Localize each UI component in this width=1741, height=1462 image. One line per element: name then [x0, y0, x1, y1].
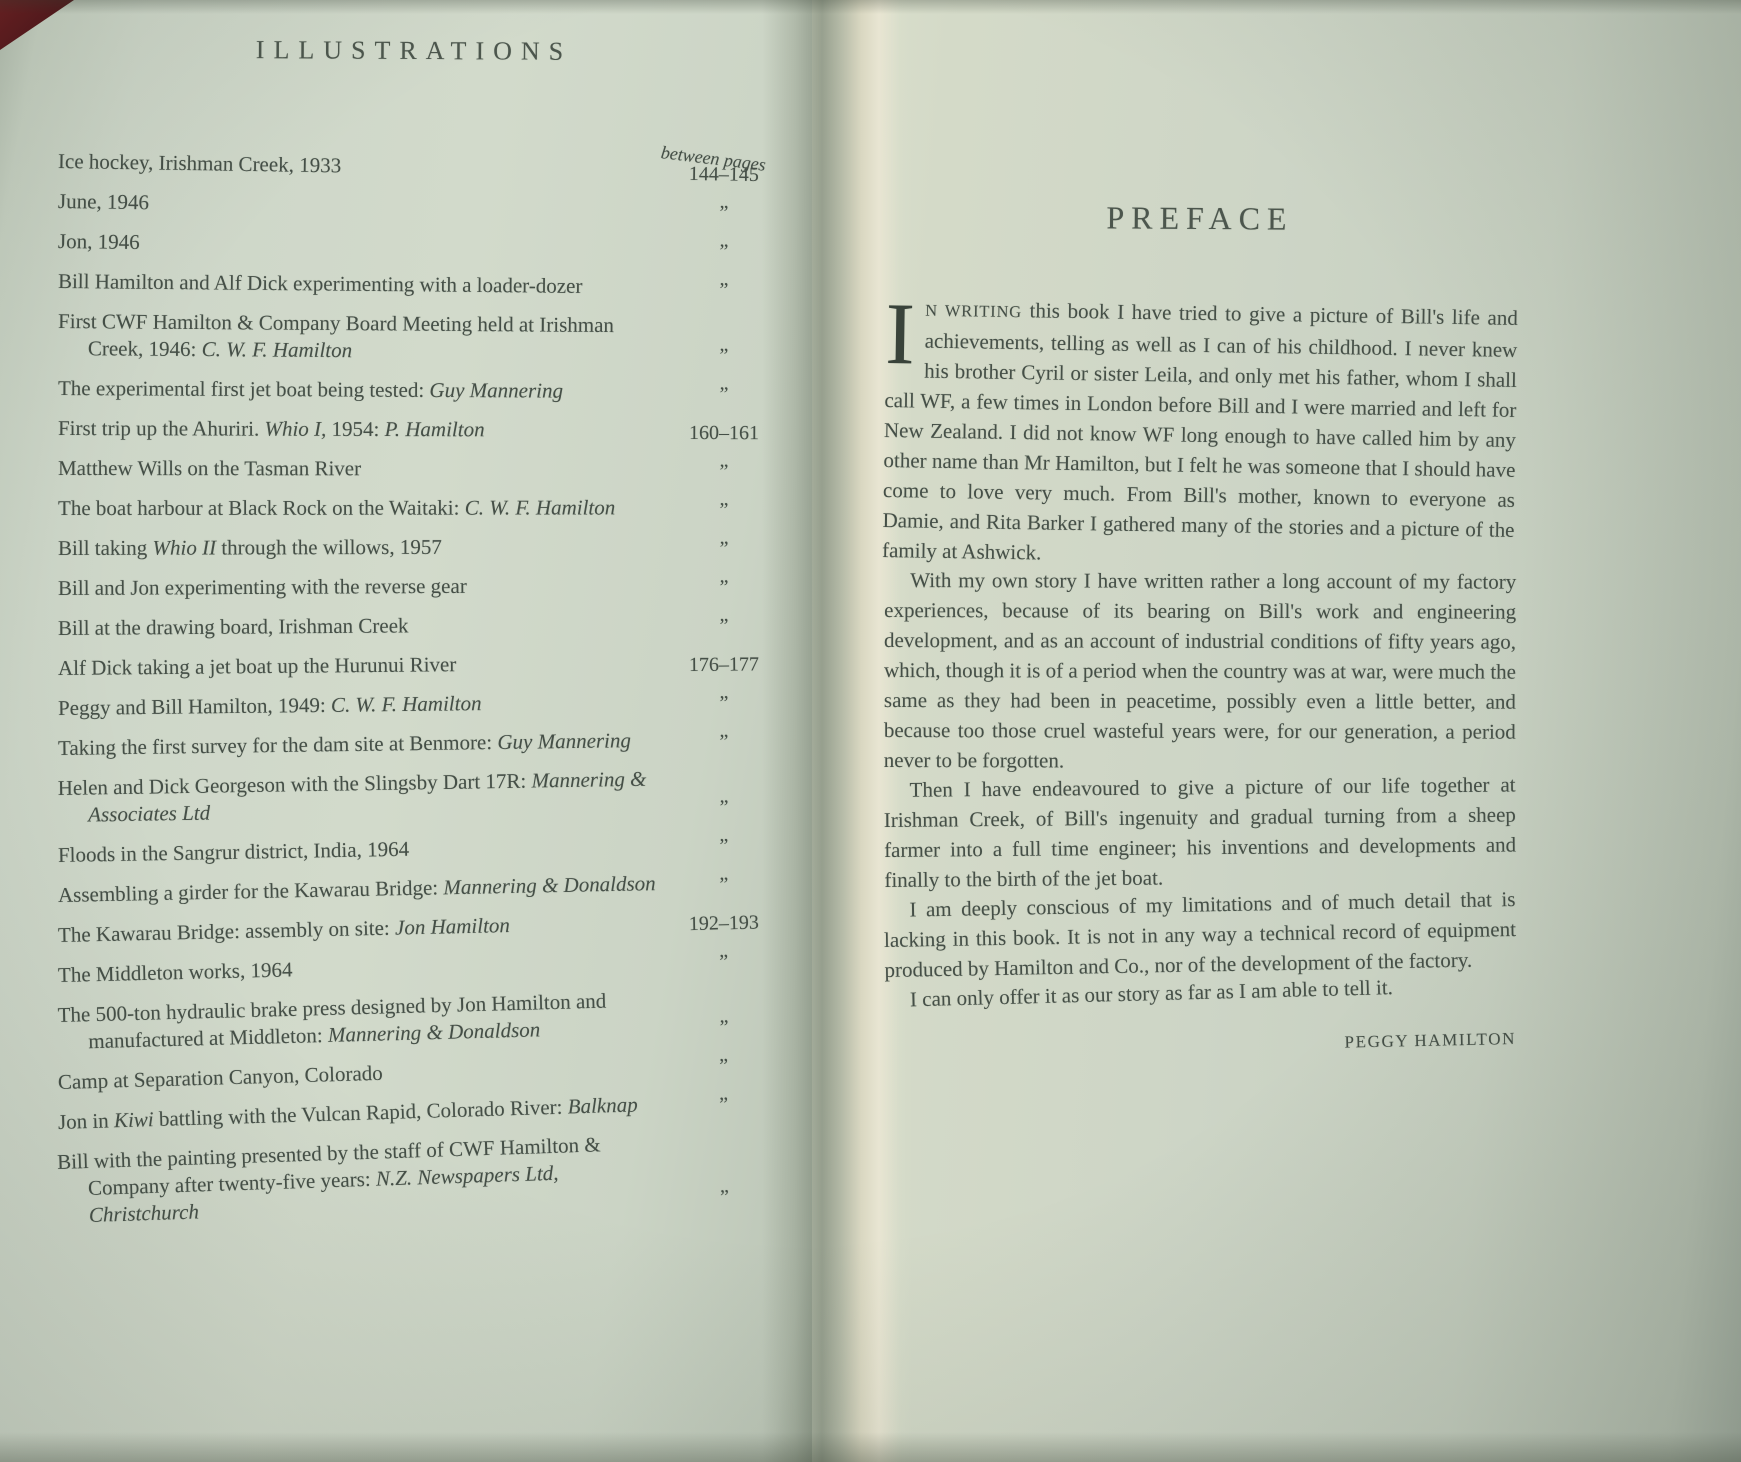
illustration-title: The Middleton works, 1964: [58, 947, 678, 989]
illustration-page-ref: ”: [678, 343, 770, 371]
illustration-entry: Jon, 1946”: [58, 228, 770, 263]
illustration-entry: Bill at the drawing board, Irishman Cree…: [58, 610, 770, 642]
illustration-entry: Alf Dick taking a jet boat up the Hurunu…: [58, 648, 770, 682]
illustration-title: Helen and Dick Georgeson with the Slings…: [58, 765, 679, 829]
illustration-title: Assembling a girder for the Kawarau Brid…: [58, 870, 678, 909]
illustration-entry: Floods in the Sangrur district, India, 1…: [58, 829, 770, 869]
illustration-title: June, 1946: [58, 188, 678, 223]
illustration-entry: The experimental first jet boat being te…: [58, 375, 770, 406]
illustration-title: Camp at Separation Canyon, Colorado: [58, 1051, 679, 1096]
illustration-page-ref: ”: [678, 238, 770, 266]
illustrations-list: Ice hockey, Irishman Creek, 1933144–145J…: [58, 148, 770, 1230]
preface-body: IN WRITING this book I have tried to giv…: [884, 293, 1516, 1015]
preface-paragraph: With my own story I have written rather …: [884, 565, 1517, 777]
illustration-page-ref: ”: [678, 832, 770, 861]
illustration-title: Taking the first survey for the dam site…: [58, 727, 678, 762]
illustration-entry: First CWF Hamilton & Company Board Meeti…: [58, 308, 770, 367]
illustration-entry: Bill taking Whio II through the willows,…: [58, 533, 770, 562]
illustration-title: Ice hockey, Irishman Creek, 1933: [58, 148, 678, 185]
illustration-entry: First trip up the Ahuriri. Whio I, 1954:…: [58, 415, 770, 444]
small-caps-lead: N WRITING: [925, 301, 1022, 322]
preface-paragraph: IN WRITING this book I have tried to giv…: [882, 293, 1518, 575]
illustration-page-ref: ”: [677, 1052, 770, 1082]
illustration-page-ref: ”: [678, 536, 770, 563]
illustration-page-ref: ”: [678, 381, 770, 408]
illustration-page-ref: 160–161: [678, 420, 770, 447]
illustration-page-ref: ”: [678, 690, 770, 718]
illustration-entry: Camp at Separation Canyon, Colorado”: [58, 1049, 770, 1096]
illustration-title: Alf Dick taking a jet boat up the Hurunu…: [58, 649, 678, 682]
preface-paragraph: I am deeply conscious of my limitations …: [883, 884, 1516, 985]
illustration-page-ref: 176–177: [678, 651, 770, 679]
illustration-page-ref: ”: [678, 1013, 771, 1042]
illustration-title: First CWF Hamilton & Company Board Meeti…: [58, 308, 678, 367]
illustration-title: The experimental first jet boat being te…: [58, 375, 678, 405]
illustration-title: The 500-ton hydraulic brake press design…: [57, 986, 678, 1056]
illustration-title: Floods in the Sangrur district, India, 1…: [58, 831, 678, 869]
illustration-title: Bill with the painting presented by the …: [57, 1129, 679, 1230]
illustration-page-ref: 192–193: [678, 909, 771, 938]
illustration-page-ref: ”: [678, 871, 771, 900]
illustration-title: Matthew Wills on the Tasman River: [58, 455, 678, 483]
illustration-entry: Bill with the painting presented by the …: [57, 1126, 771, 1230]
illustration-entry: Matthew Wills on the Tasman River”: [58, 455, 770, 483]
illustration-title: Bill taking Whio II through the willows,…: [58, 533, 678, 562]
illustration-title: Bill Hamilton and Alf Dick experimenting…: [58, 268, 678, 301]
preface-page-content: PREFACE IN WRITING this book I have trie…: [884, 200, 1516, 1049]
illustration-page-ref: ”: [678, 948, 771, 977]
illustration-title: The boat harbour at Black Rock on the Wa…: [58, 494, 678, 522]
illustration-page-ref: ”: [678, 728, 770, 756]
illustration-title: Jon, 1946: [58, 228, 678, 262]
illustration-entry: The Kawarau Bridge: assembly on site: Jo…: [58, 906, 770, 949]
illustration-entry: Bill Hamilton and Alf Dick experimenting…: [58, 268, 770, 302]
preface-paragraph: Then I have endeavoured to give a pictur…: [883, 769, 1516, 895]
illustration-title: Jon in Kiwi battling with the Vulcan Rap…: [58, 1090, 679, 1136]
illustration-entry: Assembling a girder for the Kawarau Brid…: [58, 868, 770, 909]
illustration-title: First trip up the Ahuriri. Whio I, 1954:…: [58, 415, 678, 444]
illustration-page-ref: ”: [677, 1090, 770, 1120]
illustrations-list-wrap: between pages Ice hockey, Irishman Creek…: [58, 90, 770, 1230]
illustration-title: Bill at the drawing board, Irishman Cree…: [58, 610, 678, 642]
drop-cap: I: [885, 293, 926, 372]
open-book-photo: ILLUSTRATIONS between pages Ice hockey, …: [0, 0, 1741, 1462]
preface-heading: PREFACE: [884, 198, 1516, 239]
illustration-page-ref: ”: [678, 794, 770, 822]
illustration-title: The Kawarau Bridge: assembly on site: Jo…: [58, 908, 678, 949]
illustration-entry: The Middleton works, 1964”: [58, 945, 770, 989]
illustration-page-ref: ”: [678, 199, 770, 227]
illustration-entry: The boat harbour at Black Rock on the Wa…: [58, 494, 770, 522]
illustration-page-ref: ”: [678, 459, 770, 486]
illustration-entry: Helen and Dick Georgeson with the Slings…: [58, 764, 771, 829]
illustration-entry: Bill and Jon experimenting with the reve…: [58, 571, 770, 602]
illustration-page-ref: ”: [678, 574, 770, 601]
illustration-page-ref: ”: [678, 497, 770, 524]
illustration-entry: Peggy and Bill Hamilton, 1949: C. W. F. …: [58, 687, 770, 722]
illustrations-heading: ILLUSTRATIONS: [58, 34, 770, 68]
illustration-entry: Taking the first survey for the dam site…: [58, 725, 770, 762]
illustration-page-ref: ”: [678, 613, 770, 641]
illustration-page-ref: ”: [678, 277, 770, 305]
illustration-page-ref: ”: [678, 1183, 771, 1213]
illustration-title: Bill and Jon experimenting with the reve…: [58, 572, 678, 602]
illustration-entry: June, 1946”: [58, 188, 770, 225]
illustration-title: Peggy and Bill Hamilton, 1949: C. W. F. …: [58, 688, 678, 722]
illustrations-page-content: ILLUSTRATIONS between pages Ice hockey, …: [58, 36, 770, 1243]
illustration-page-ref: 144–145: [678, 161, 770, 189]
illustration-entry: The 500-ton hydraulic brake press design…: [57, 983, 770, 1056]
